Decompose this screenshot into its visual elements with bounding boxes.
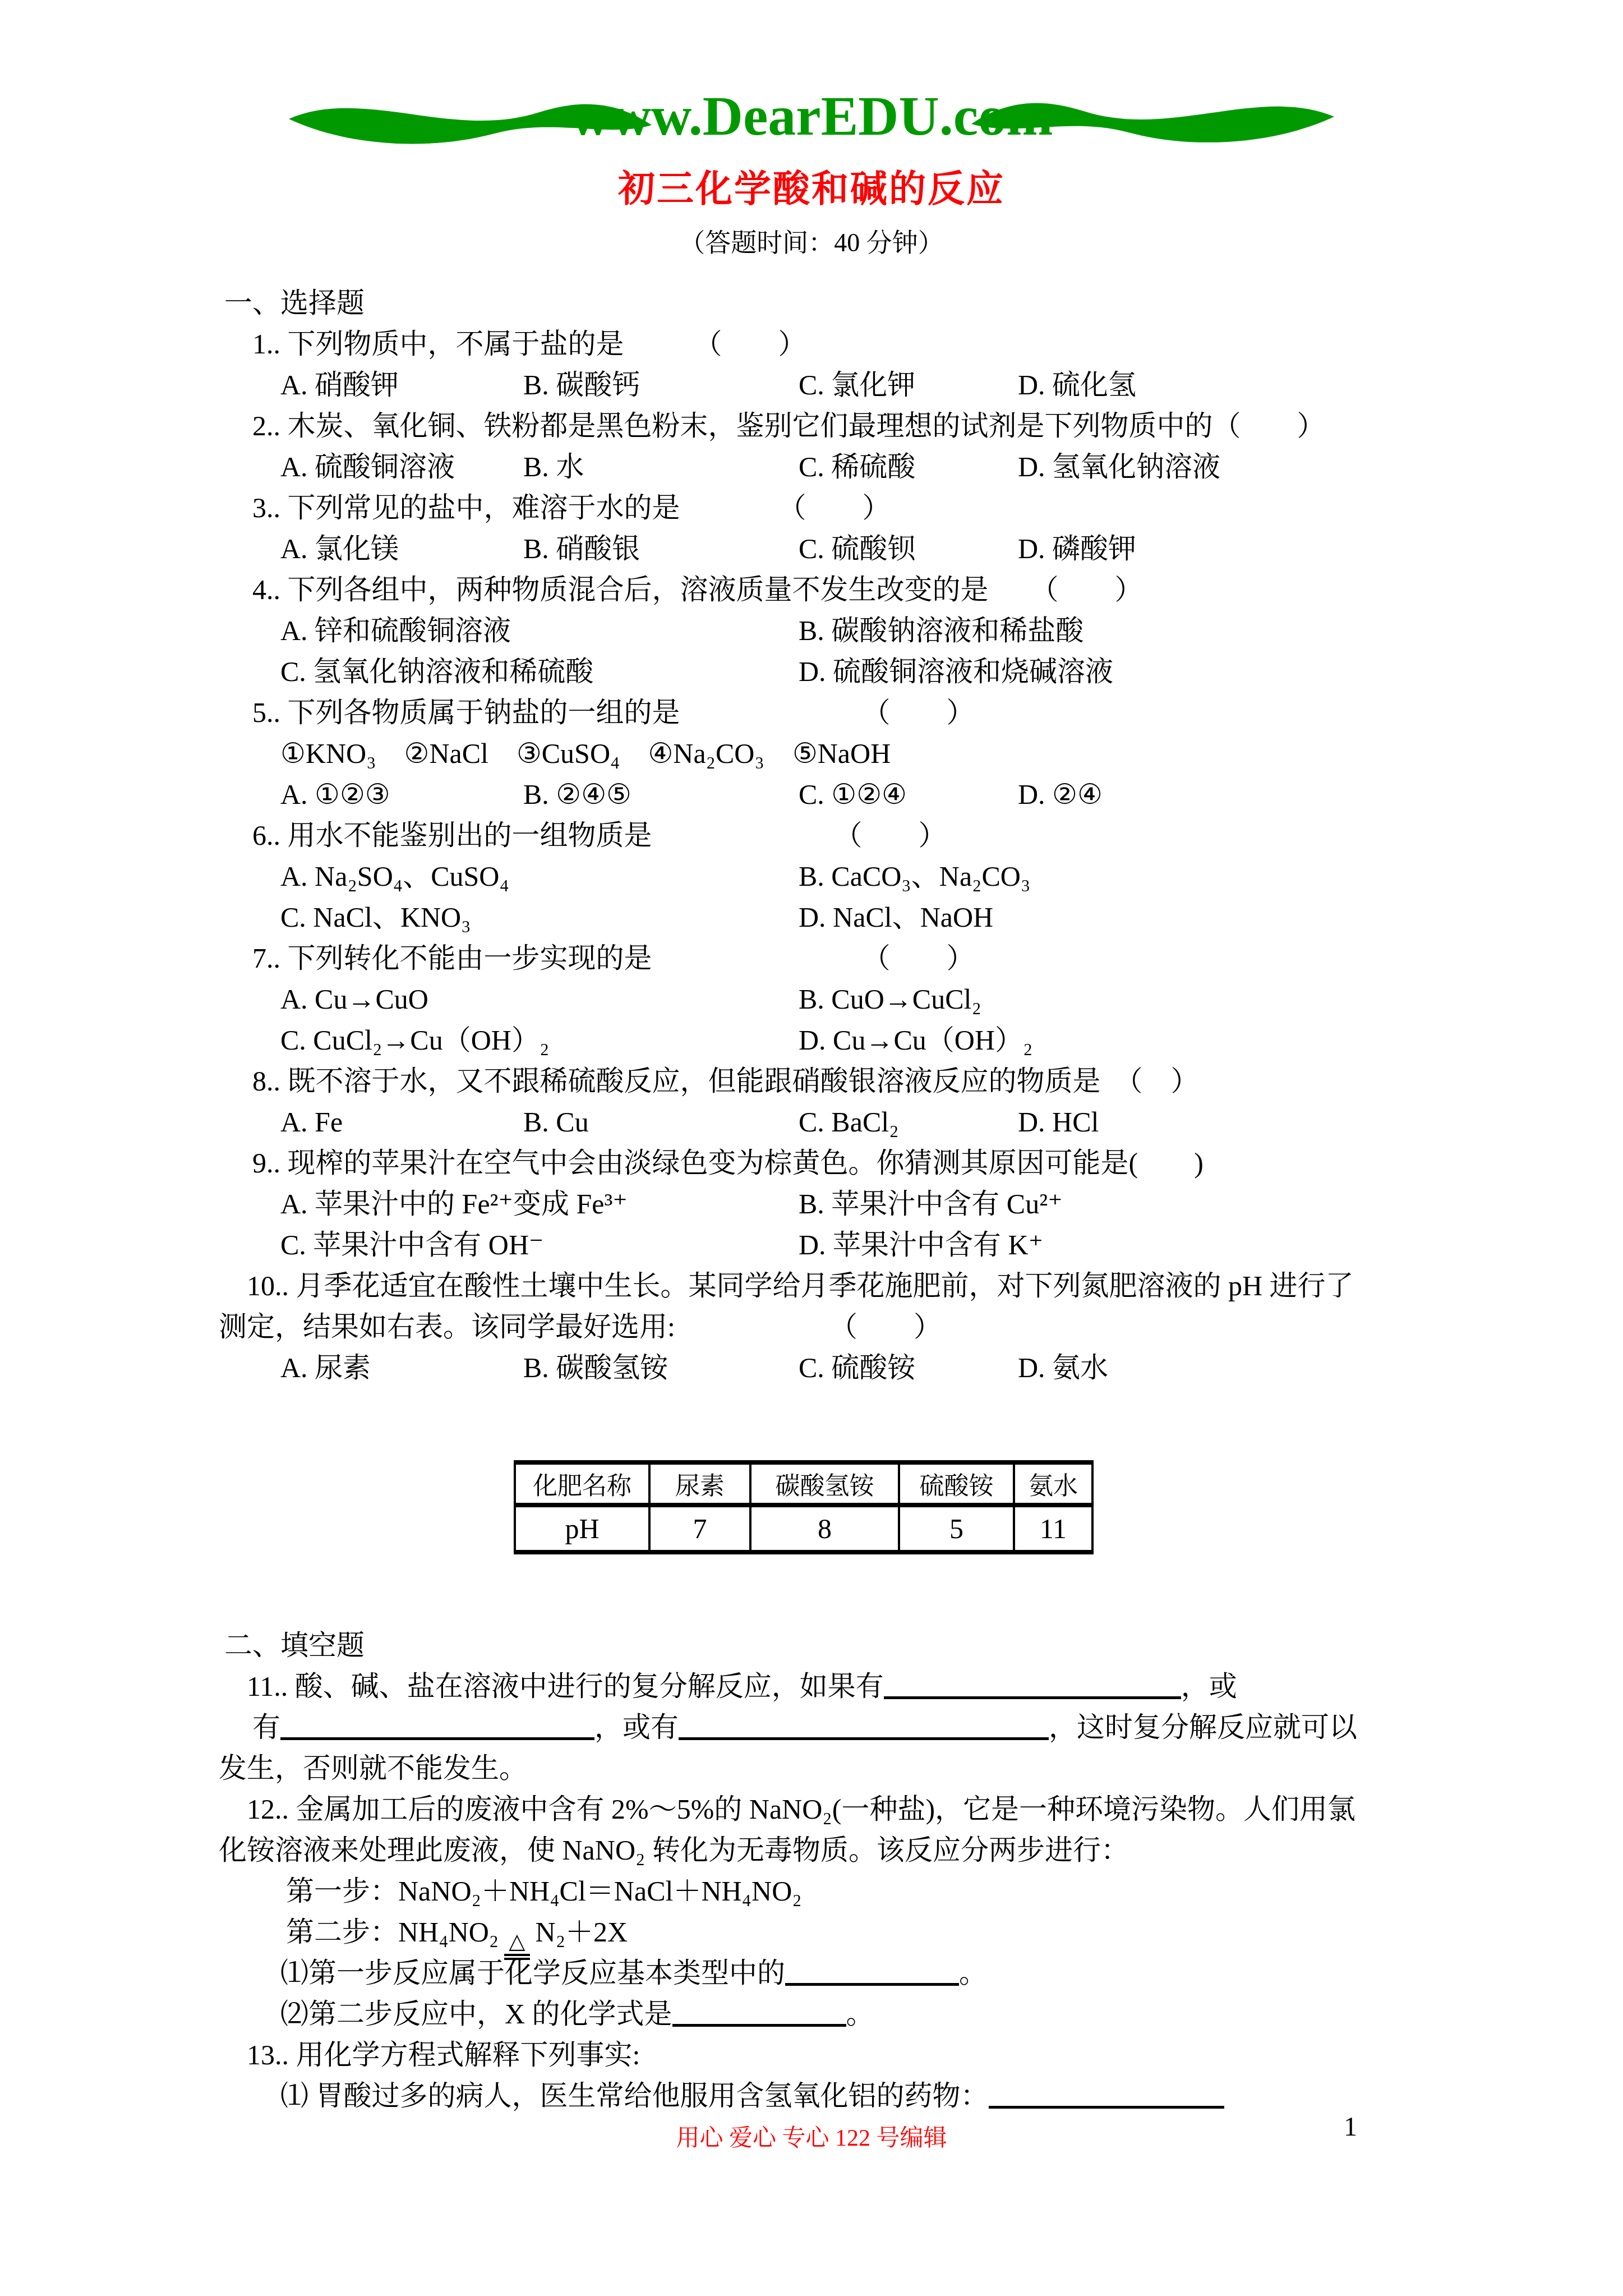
- question-10-line-2: 测定，结果如右表。该同学最好选用: （ ）: [219, 1306, 1466, 1347]
- q9-option-a: A. 苹果汁中的 Fe²⁺变成 Fe³⁺: [280, 1184, 628, 1225]
- q12-subquestion-2: ⑵第二步反应中，X 的化学式是。: [219, 1994, 1466, 2035]
- question-10-line-1: 10.. 月季花适宜在酸性土壤中生长。某同学给月季花施肥前，对下列氮肥溶液的 p…: [219, 1266, 1466, 1306]
- question-8-text: 8.. 既不溶于水，又不跟稀硫酸反应，但能跟硝酸银溶液反应的物质是 （ ）: [219, 1061, 1466, 1102]
- question-2-text: 2.. 木炭、氧化铜、铁粉都是黑色粉末，鉴别它们最理想的试剂是下列物质中的（ ）: [219, 406, 1466, 447]
- logo-text: www.DearEDU.com: [570, 85, 1053, 147]
- question-1-text: 1.. 下列物质中，不属于盐的是 （ ）: [219, 324, 1466, 365]
- q12-sub1-text: ⑴第一步反应属于化学反应基本类型中的: [280, 1957, 785, 1989]
- question-6-options-cd: C. NaCl、KNO₃ D. NaCl、NaOH: [219, 897, 1466, 938]
- q4-option-c: C. 氢氧化钠溶液和稀硫酸: [280, 651, 593, 692]
- q9-option-b: B. 苹果汁中含有 Cu²⁺: [799, 1184, 1063, 1225]
- table-value-cell: 8: [750, 1505, 899, 1552]
- table-header-cell: 化肥名称: [515, 1462, 649, 1505]
- question-12-line-2: 化铵溶液来处理此废液，使 NaNO₂ 转化为无毒物质。该反应分两步进行：: [219, 1830, 1466, 1871]
- q12-sub2-period: 。: [846, 1998, 874, 2030]
- blank-line: [785, 1960, 959, 1986]
- exam-body: 一、选择题 1.. 下列物质中，不属于盐的是 （ ） A. 硝酸钾 B. 碳酸钙…: [219, 283, 1466, 2116]
- q2-option-d: D. 氢氧化钠溶液: [1018, 447, 1220, 487]
- q6-option-a: A. Na₂SO₄、CuSO₄: [280, 856, 509, 897]
- q7-option-b: B. CuO→CuCl₂: [799, 979, 981, 1020]
- question-1-options: A. 硝酸钾 B. 碳酸钙 C. 氯化钾 D. 硫化氢: [219, 365, 1466, 406]
- page-number: 1: [1344, 2111, 1357, 2142]
- q9-option-c: C. 苹果汁中含有 OH⁻: [280, 1225, 543, 1266]
- q11-l2-text-2: ，或有: [594, 1711, 679, 1743]
- q2-option-c: C. 稀硫酸: [799, 447, 915, 487]
- fill-section-heading: 二、填空题: [219, 1625, 1466, 1666]
- document-page: www.DearEDU.com 初三化学酸和碱的反应 （答题时间：40 分钟） …: [0, 0, 1623, 2296]
- question-12-line-1: 12.. 金属加工后的废液中含有 2%～5%的 NaNO₂(一种盐)，它是一种环…: [219, 1789, 1466, 1830]
- q5-option-c: C. ①②④: [799, 774, 907, 815]
- blank-line: [672, 2001, 846, 2027]
- blank-line: [280, 1714, 594, 1740]
- q4-option-d: D. 硫酸铜溶液和烧碱溶液: [799, 651, 1113, 692]
- question-9-options-ab: A. 苹果汁中的 Fe²⁺变成 Fe³⁺ B. 苹果汁中含有 Cu²⁺: [219, 1184, 1466, 1225]
- q5-option-b: B. ②④⑤: [523, 774, 631, 815]
- question-4-text: 4.. 下列各组中，两种物质混合后，溶液质量不发生改变的是 （ ）: [219, 569, 1466, 610]
- choice-section-heading: 一、选择题: [219, 283, 1466, 324]
- question-8-options: A. Fe B. Cu C. BaCl₂ D. HCl: [219, 1102, 1466, 1143]
- q12-step1-equation: 第一步：NaNO₂＋NH₄Cl＝NaCl＋NH₄NO₂: [219, 1871, 1466, 1912]
- q11-l2-text-1: 有: [252, 1711, 280, 1743]
- question-9-text: 9.. 现榨的苹果汁在空气中会由淡绿色变为棕黄色。你猜测其原因可能是( ): [219, 1143, 1466, 1184]
- q3-option-a: A. 氯化镁: [280, 528, 399, 569]
- question-10-options: A. 尿素 B. 碳酸氢铵 C. 硫酸铵 D. 氨水: [219, 1347, 1466, 1388]
- table-value-cell: 5: [899, 1505, 1014, 1552]
- table-header-cell: 尿素: [649, 1462, 750, 1505]
- question-3-text: 3.. 下列常见的盐中，难溶于水的是 （ ）: [219, 487, 1466, 528]
- question-7-text: 7.. 下列转化不能由一步实现的是 （ ）: [219, 938, 1466, 979]
- table-header-cell: 碳酸氢铵: [750, 1462, 899, 1505]
- q7-option-c: C. CuCl₂→Cu（OH）₂: [280, 1020, 549, 1061]
- question-6-options-ab: A. Na₂SO₄、CuSO₄ B. CaCO₃、Na₂CO₃: [219, 856, 1466, 897]
- exam-duration: （答题时间：40 分钟）: [0, 222, 1623, 259]
- page-title: 初三化学酸和碱的反应: [0, 159, 1623, 212]
- question-4-options-ab: A. 锌和硫酸铜溶液 B. 碳酸钠溶液和稀盐酸: [219, 610, 1466, 651]
- q7-option-a: A. Cu→CuO: [280, 979, 428, 1020]
- question-2-options: A. 硫酸铜溶液 B. 水 C. 稀硫酸 D. 氢氧化钠溶液: [219, 447, 1466, 487]
- q1-option-b: B. 碳酸钙: [523, 365, 640, 406]
- q5-option-a: A. ①②③: [280, 774, 390, 815]
- ph-table-header-row: 化肥名称 尿素 碳酸氢铵 硫酸铵 氨水: [515, 1462, 1092, 1505]
- q6-option-b: B. CaCO₃、Na₂CO₃: [799, 856, 1030, 897]
- question-3-options: A. 氯化镁 B. 硝酸银 C. 硫酸钡 D. 磷酸钾: [219, 528, 1466, 569]
- q5-option-d: D. ②④: [1018, 774, 1103, 815]
- table-header-cell: 硫酸铵: [899, 1462, 1014, 1505]
- question-13-line-1: 13.. 用化学方程式解释下列事实:: [219, 2035, 1466, 2076]
- blank-line: [679, 1714, 1049, 1740]
- q13-subquestion-1: ⑴ 胃酸过多的病人，医生常给他服用含氢氧化铝的药物：: [219, 2076, 1466, 2116]
- q3-option-b: B. 硝酸银: [523, 528, 640, 569]
- ph-table-value-row: pH 7 8 5 11: [515, 1505, 1092, 1552]
- q3-option-d: D. 磷酸钾: [1018, 528, 1136, 569]
- q7-option-d: D. Cu→Cu（OH）₂: [799, 1020, 1032, 1061]
- q10-option-a: A. 尿素: [280, 1347, 371, 1388]
- logo-banner: www.DearEDU.com: [0, 0, 1623, 151]
- question-7-options-cd: C. CuCl₂→Cu（OH）₂ D. Cu→Cu（OH）₂: [219, 1020, 1466, 1061]
- blank-line: [989, 2083, 1224, 2109]
- question-7-options-ab: A. Cu→CuO B. CuO→CuCl₂: [219, 979, 1466, 1020]
- question-4-options-cd: C. 氢氧化钠溶液和稀硫酸 D. 硫酸铜溶液和烧碱溶液: [219, 651, 1466, 692]
- q2-option-a: A. 硫酸铜溶液: [280, 447, 455, 487]
- q12-step2-right: N₂＋2X: [536, 1916, 628, 1948]
- q11-l1-text: 11.. 酸、碱、盐在溶液中进行的复分解反应，如果有: [247, 1671, 884, 1702]
- q5-items-list: ①KNO₃ ②NaCl ③CuSO₄ ④Na₂CO₃ ⑤NaOH: [219, 733, 1466, 774]
- q12-step2-equation: 第二步：NH₄NO₂△N₂＋2X: [219, 1912, 1466, 1953]
- q1-option-d: D. 硫化氢: [1018, 365, 1136, 406]
- question-6-text: 6.. 用水不能鉴别出的一组物质是 （ ）: [219, 815, 1466, 856]
- q12-sub1-period: 。: [959, 1957, 987, 1989]
- table-value-cell: 7: [649, 1505, 750, 1552]
- ph-table: 化肥名称 尿素 碳酸氢铵 硫酸铵 氨水 pH 7 8 5 11: [514, 1460, 1094, 1554]
- q8-option-b: B. Cu: [523, 1102, 589, 1143]
- table-value-cell: 11: [1014, 1505, 1092, 1552]
- q1-option-a: A. 硝酸钾: [280, 365, 399, 406]
- q6-option-c: C. NaCl、KNO₃: [280, 897, 471, 938]
- q10-option-c: C. 硫酸铵: [799, 1347, 915, 1388]
- q6-option-d: D. NaCl、NaOH: [799, 897, 993, 938]
- q8-option-a: A. Fe: [280, 1102, 343, 1143]
- q4-option-a: A. 锌和硫酸铜溶液: [280, 610, 511, 651]
- question-5-text: 5.. 下列各物质属于钠盐的一组的是 （ ）: [219, 692, 1466, 733]
- q11-l2-text-3: ，这时复分解反应就可以: [1049, 1711, 1357, 1743]
- q12-step2-left: 第二步：NH₄NO₂: [286, 1916, 499, 1948]
- q10-option-b: B. 碳酸氢铵: [523, 1347, 668, 1388]
- q13-sub1-text: ⑴ 胃酸过多的病人，医生常给他服用含氢氧化铝的药物：: [280, 2080, 989, 2111]
- q8-option-d: D. HCl: [1018, 1102, 1099, 1143]
- table-row-label: pH: [515, 1505, 649, 1552]
- question-11-line-3: 发生，否则就不能发生。: [219, 1748, 1466, 1789]
- q2-option-b: B. 水: [523, 447, 584, 487]
- q9-option-d: D. 苹果汁中含有 K⁺: [799, 1225, 1043, 1266]
- question-11-line-2: 有，或有，这时复分解反应就可以: [219, 1707, 1466, 1748]
- site-logo: www.DearEDU.com: [284, 83, 1339, 148]
- question-9-options-cd: C. 苹果汁中含有 OH⁻ D. 苹果汁中含有 K⁺: [219, 1225, 1466, 1266]
- question-11-line-1: 11.. 酸、碱、盐在溶液中进行的复分解反应，如果有，或: [219, 1666, 1466, 1707]
- q1-option-c: C. 氯化钾: [799, 365, 915, 406]
- q8-option-c: C. BaCl₂: [799, 1102, 899, 1143]
- q12-sub2-text: ⑵第二步反应中，X 的化学式是: [280, 1998, 672, 2030]
- blank-line: [884, 1673, 1181, 1699]
- q11-l1-tail: ，或: [1181, 1671, 1237, 1702]
- table-header-cell: 氨水: [1014, 1462, 1092, 1505]
- q3-option-c: C. 硫酸钡: [799, 528, 915, 569]
- q12-subquestion-1: ⑴第一步反应属于化学反应基本类型中的。: [219, 1953, 1466, 1994]
- question-5-options: A. ①②③ B. ②④⑤ C. ①②④ D. ②④: [219, 774, 1466, 815]
- q10-option-d: D. 氨水: [1018, 1347, 1108, 1388]
- footer-slogan: 用心 爱心 专心 122 号编辑: [0, 2119, 1623, 2153]
- q4-option-b: B. 碳酸钠溶液和稀盐酸: [799, 610, 1083, 651]
